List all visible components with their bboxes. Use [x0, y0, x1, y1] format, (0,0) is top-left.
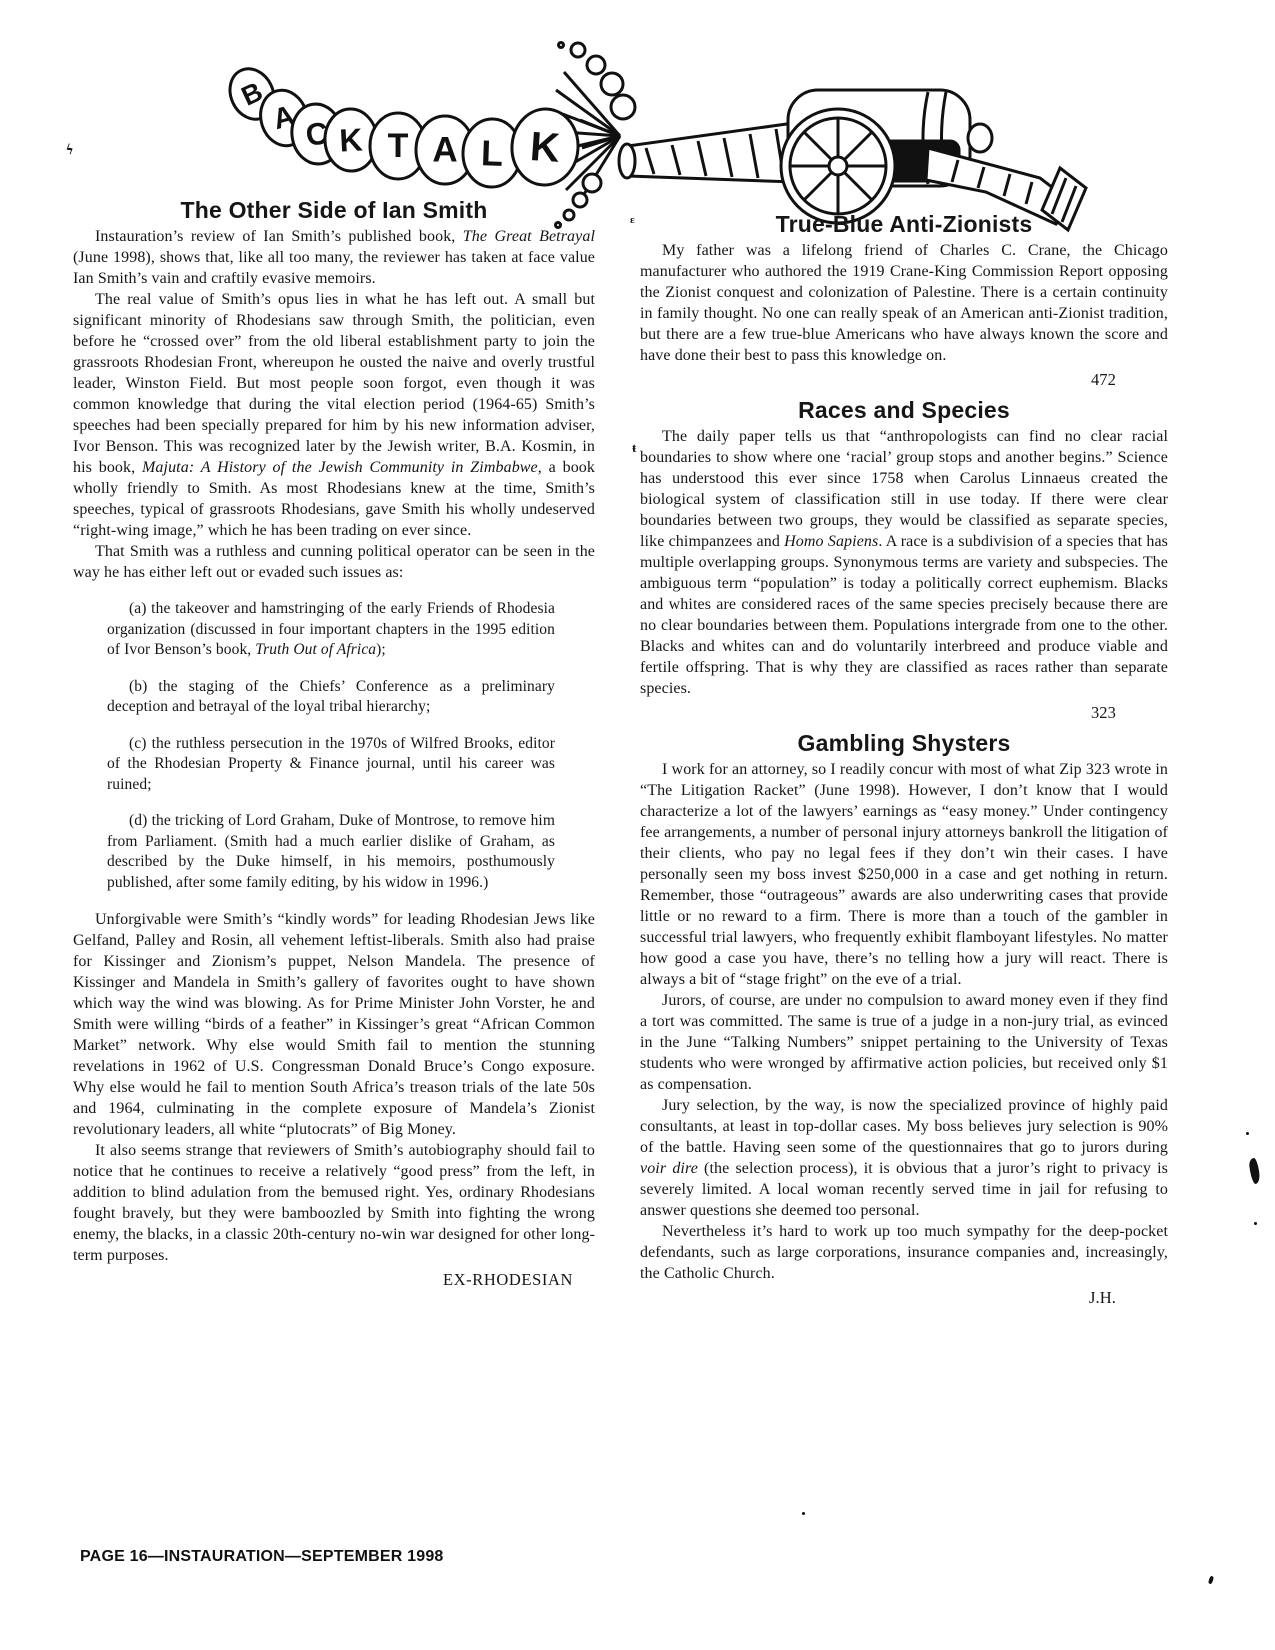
- masthead-letter: A: [432, 131, 457, 170]
- paragraph: Unforgivable were Smith’s “kindly words”…: [73, 909, 595, 1140]
- paragraph: Nevertheless it’s hard to work up too mu…: [640, 1221, 1168, 1284]
- cannon-barrel: [619, 123, 794, 182]
- ink-mark: ϟ: [65, 142, 74, 160]
- body-text: (c) the ruthless persecution in the 1970…: [107, 735, 555, 793]
- body-text: Jurors, of course, are under no compulsi…: [640, 992, 1168, 1093]
- body-text: My father was a lifelong friend of Charl…: [640, 242, 1168, 364]
- section-title: Races and Species: [640, 400, 1168, 421]
- body-text: The real value of Smith’s opus lies in w…: [73, 291, 595, 476]
- paragraph: Jury selection, by the way, is now the s…: [640, 1095, 1168, 1221]
- body-text: It also seems strange that reviewers of …: [73, 1142, 595, 1264]
- masthead-letter: T: [388, 127, 409, 165]
- body-text: Jury selection, by the way, is now the s…: [640, 1097, 1168, 1156]
- paragraph: My father was a lifelong friend of Charl…: [640, 240, 1168, 366]
- italic-title-text: voir dire: [640, 1160, 698, 1177]
- list-item-paragraph: (c) the ruthless persecution in the 1970…: [107, 734, 555, 796]
- ink-dot: [1208, 1576, 1214, 1585]
- letter-section: The Other Side of Ian SmithInstauration’…: [73, 200, 595, 1290]
- paragraph: It also seems strange that reviewers of …: [73, 1140, 595, 1266]
- body-text: I work for an attorney, so I readily con…: [640, 761, 1168, 988]
- body-text: Nevertheless it’s hard to work up too mu…: [640, 1223, 1168, 1282]
- body-text: The daily paper tells us that “anthropol…: [640, 428, 1168, 550]
- letter-section: True-Blue Anti-ZionistsMy father was a l…: [640, 214, 1168, 390]
- right-column: True-Blue Anti-ZionistsMy father was a l…: [640, 214, 1168, 1318]
- list-item-paragraph: (a) the takeover and hamstringing of the…: [107, 599, 555, 661]
- italic-title-text: Homo Sapiens: [784, 533, 878, 550]
- body-text: (June 1998), shows that, like all too ma…: [73, 249, 595, 287]
- ink-dot: [1254, 1222, 1257, 1225]
- masthead-letter: K: [339, 121, 364, 158]
- magazine-page: B A C K T: [0, 0, 1275, 1650]
- paragraph: The daily paper tells us that “anthropol…: [640, 426, 1168, 699]
- section-title: Gambling Shysters: [640, 733, 1168, 754]
- letter-signature: 323: [640, 702, 1168, 723]
- body-text: (the selection process), it is obvious t…: [640, 1160, 1168, 1219]
- italic-title-text: Truth Out of Africa: [255, 641, 376, 658]
- ink-dot: [802, 1512, 805, 1515]
- section-title: The Other Side of Ian Smith: [73, 200, 595, 221]
- letter-section: Races and SpeciesThe daily paper tells u…: [640, 400, 1168, 723]
- body-text: );: [376, 641, 386, 658]
- paragraph: The real value of Smith’s opus lies in w…: [73, 289, 595, 541]
- body-text: That Smith was a ruthless and cunning po…: [73, 543, 595, 581]
- masthead-letter: L: [480, 132, 503, 174]
- letter-signature: EX-RHODESIAN: [73, 1269, 595, 1290]
- letter-bubbles: B A C K T: [228, 62, 581, 188]
- ink-mark: ε: [630, 214, 635, 226]
- section-title: True-Blue Anti-Zionists: [640, 214, 1168, 235]
- masthead-letter: K: [529, 123, 562, 171]
- italic-title-text: The Great Betrayal: [463, 228, 595, 245]
- letter-signature: J.H.: [640, 1287, 1168, 1308]
- body-text: Instauration’s review of Ian Smith’s pub…: [95, 228, 463, 245]
- paragraph: Instauration’s review of Ian Smith’s pub…: [73, 226, 595, 289]
- body-text: (b) the staging of the Chiefs’ Conferenc…: [107, 678, 555, 716]
- list-item-paragraph: (b) the staging of the Chiefs’ Conferenc…: [107, 677, 555, 718]
- body-text: . A race is a subdivision of a species t…: [640, 533, 1168, 697]
- letter-signature: 472: [640, 369, 1168, 390]
- paragraph: Jurors, of course, are under no compulsi…: [640, 990, 1168, 1095]
- ink-blot: [1248, 1158, 1260, 1185]
- letter-section: Gambling ShystersI work for an attorney,…: [640, 733, 1168, 1308]
- body-text: (d) the tricking of Lord Graham, Duke of…: [107, 812, 555, 891]
- letter-bubble: K: [509, 107, 580, 187]
- page-footer: PAGE 16—INSTAURATION—SEPTEMBER 1998: [80, 1548, 444, 1566]
- italic-title-text: Majuta: A History of the Jewish Communit…: [142, 459, 538, 476]
- body-text: Unforgivable were Smith’s “kindly words”…: [73, 911, 595, 1138]
- paragraph: That Smith was a ruthless and cunning po…: [73, 541, 595, 583]
- left-column: The Other Side of Ian SmithInstauration’…: [73, 200, 595, 1300]
- ink-mark: ŧ: [632, 440, 636, 456]
- list-item-paragraph: (d) the tricking of Lord Graham, Duke of…: [107, 811, 555, 893]
- ink-dot: [1246, 1132, 1249, 1135]
- cannon-wheel: [781, 109, 895, 223]
- paragraph: I work for an attorney, so I readily con…: [640, 759, 1168, 990]
